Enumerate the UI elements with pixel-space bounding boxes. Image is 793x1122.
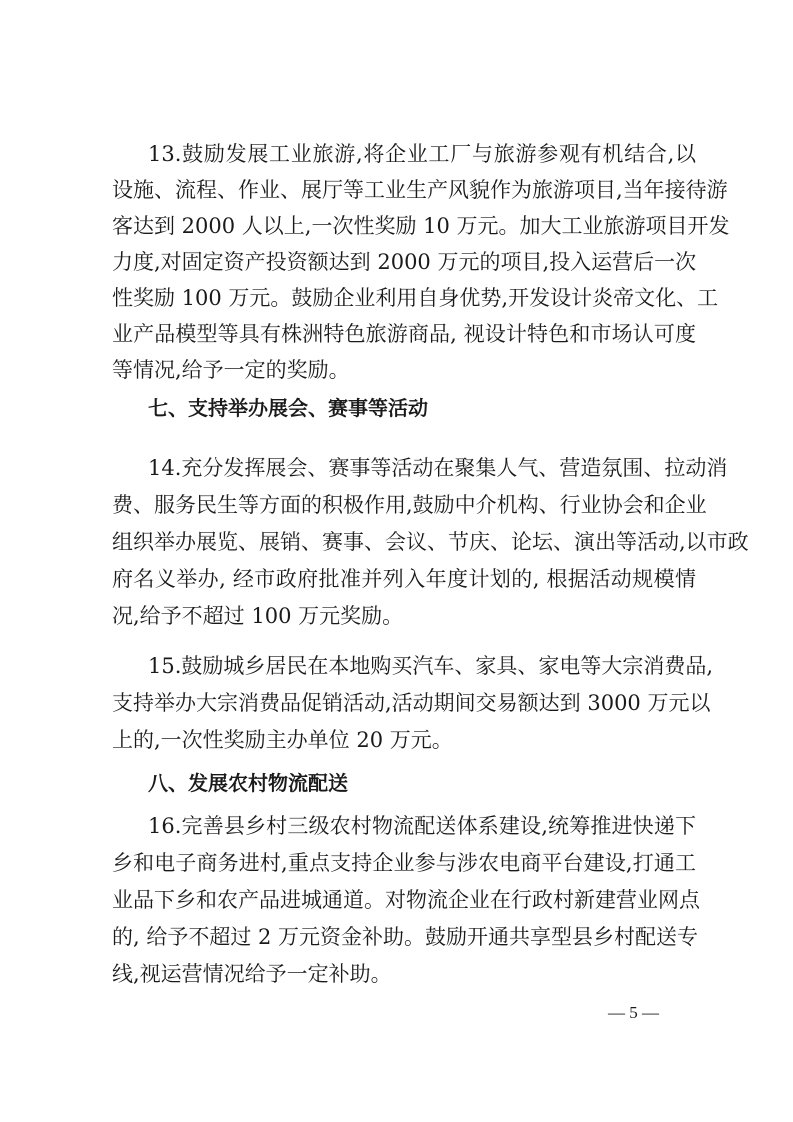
- item-13-line-2: 设施、流程、作业、展厅等工业生产风貌作为旅游项目,当年接待游: [112, 172, 696, 209]
- item-13-line-3: 客达到 2000 人以上,一次性奖励 10 万元。加大工业旅游项目开发: [112, 208, 696, 245]
- page-number: — 5 —: [608, 1003, 659, 1023]
- item-16-line-1: 16.完善县乡村三级农村物流配送体系建设,统筹推进快递下: [112, 808, 696, 845]
- item-13-line-6: 业产品模型等具有株洲特色旅游商品, 视设计特色和市场认可度: [112, 316, 696, 353]
- section-heading-7: 七、支持举办展会、赛事等活动: [112, 390, 696, 427]
- item-14-line-4: 府名义举办, 经市政府批准并列入年度计划的, 根据活动规模情: [112, 561, 696, 598]
- item-13-line-1: 13.鼓励发展工业旅游,将企业工厂与旅游参观有机结合,以: [112, 136, 696, 173]
- item-14-line-3: 组织举办展览、展销、赛事、会议、节庆、论坛、演出等活动,以市政: [112, 524, 696, 561]
- item-15-line-1: 15.鼓励城乡居民在本地购买汽车、家具、家电等大宗消费品,: [112, 648, 696, 685]
- item-15-line-3: 上的,一次性奖励主办单位 20 万元。: [112, 722, 696, 759]
- section-heading-8: 八、发展农村物流配送: [112, 765, 696, 802]
- item-13-line-5: 性奖励 100 万元。鼓励企业利用自身优势,开发设计炎帝文化、工: [112, 280, 696, 317]
- item-14-line-5: 况,给予不超过 100 万元奖励。: [112, 598, 696, 635]
- item-13-line-4: 力度,对固定资产投资额达到 2000 万元的项目,投入运营后一次: [112, 244, 696, 281]
- item-13-line-7: 等情况,给予一定的奖励。: [112, 352, 696, 389]
- item-14-line-1: 14.充分发挥展会、赛事等活动在聚集人气、营造氛围、拉动消: [112, 450, 696, 487]
- item-16-line-3: 业品下乡和农产品进城通道。对物流企业在行政村新建营业网点: [112, 882, 696, 919]
- item-15-line-2: 支持举办大宗消费品促销活动,活动期间交易额达到 3000 万元以: [112, 685, 696, 722]
- item-16-line-5: 线,视运营情况给予一定补助。: [112, 956, 696, 993]
- item-16-line-2: 乡和电子商务进村,重点支持企业参与涉农电商平台建设,打通工: [112, 845, 696, 882]
- item-14-line-2: 费、服务民生等方面的积极作用,鼓励中介机构、行业协会和企业: [112, 487, 696, 524]
- item-16-line-4: 的, 给予不超过 2 万元资金补助。鼓励开通共享型县乡村配送专: [112, 919, 696, 956]
